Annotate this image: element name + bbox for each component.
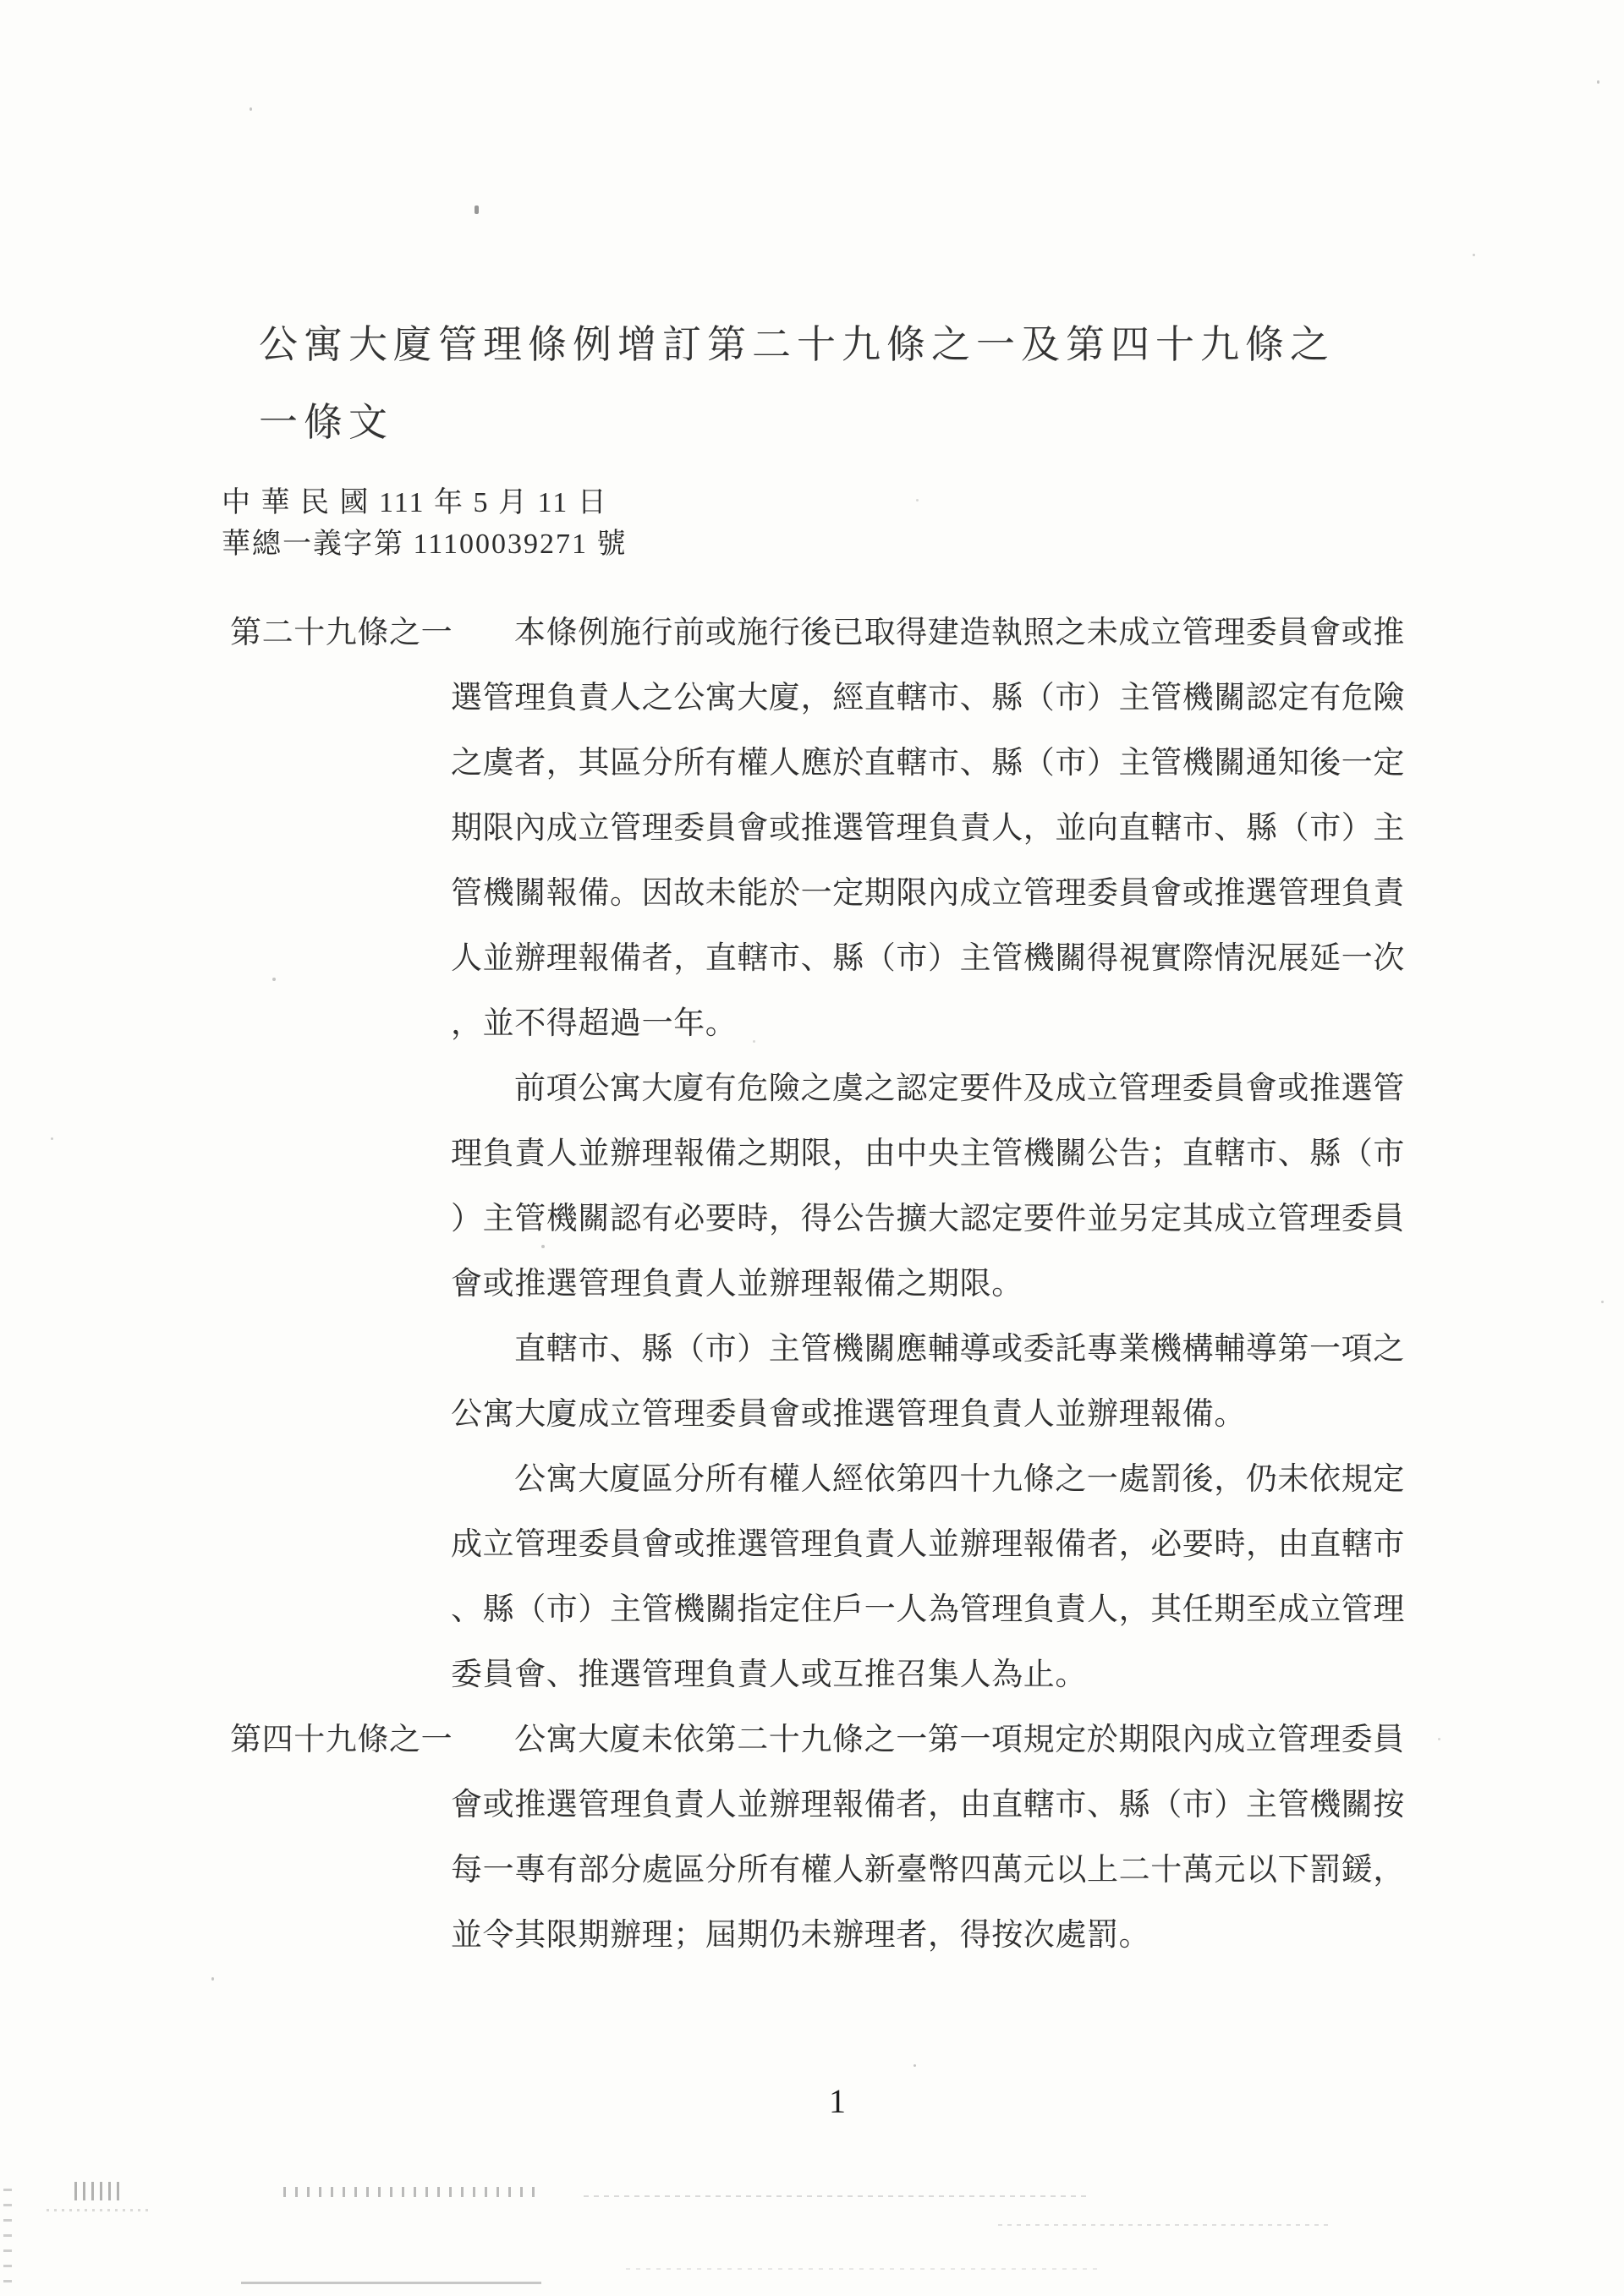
article-29-1-line: 會或推選管理負責人並辦理報備之期限。	[451, 1252, 1601, 1317]
scan-artifact	[3, 2189, 12, 2290]
article-29-1-line: 人並辦理報備者，直轄市、縣（市）主管機關得視實際情況展延一次	[451, 926, 1601, 991]
scan-speck	[541, 1245, 545, 1248]
scan-artifact	[626, 2268, 1100, 2270]
article-29-1-body: 本條例施行前或施行後已取得建造執照之未成立管理委員會或推 選管理負責人之公寓大廈…	[451, 600, 1601, 1707]
article-49-1-line: 每一專有部分處區分所有權人新臺幣四萬元以上二十萬元以下罰鍰，	[451, 1838, 1601, 1903]
article-29-1-line: 前項公寓大廈有危險之虞之認定要件及成立管理委員會或推選管	[451, 1056, 1601, 1121]
article-49-1-line: 並令其限期辦理；屆期仍未辦理者，得按次處罰。	[451, 1903, 1601, 1968]
promulgation-date: 中 華 民 國 111 年 5 月 11 日	[222, 482, 627, 523]
scan-speck	[272, 978, 276, 981]
title-line-2: 一條文	[259, 384, 1335, 462]
scan-speck	[916, 499, 919, 501]
article-29-1-line: 管機關報備。因故未能於一定期限內成立管理委員會或推選管理負責	[451, 861, 1601, 926]
article-29-1-line: ）主管機關認有必要時，得公告擴大認定要件並另定其成立管理委員	[451, 1186, 1601, 1252]
scan-speck	[1601, 1301, 1604, 1303]
article-29-1-line: 期限內成立管理委員會或推選管理負責人，並向直轄市、縣（市）主	[451, 796, 1601, 861]
scan-speck	[1279, 1614, 1281, 1616]
article-29-1-line: 理負責人並辦理報備之期限，由中央主管機關公告；直轄市、縣（市	[451, 1121, 1601, 1186]
article-29-1-line: 公寓大廈成立管理委員會或推選管理負責人並辦理報備。	[451, 1382, 1601, 1447]
scan-speck	[1597, 80, 1599, 84]
scan-artifact	[283, 2187, 537, 2197]
scan-artifact	[47, 2209, 148, 2211]
scan-artifact	[241, 2282, 541, 2284]
page-number: 1	[812, 2076, 863, 2127]
scan-speck	[364, 641, 366, 644]
scan-speck	[753, 1040, 755, 1043]
article-49-1-body: 公寓大廈未依第二十九條之一第一項規定於期限內成立管理委員 會或推選管理負責人並辦…	[451, 1707, 1601, 1968]
article-49-1-label: 第四十九條之一	[230, 1707, 453, 1773]
scan-speck	[913, 2064, 916, 2067]
article-49-1-line: 公寓大廈未依第二十九條之一第一項規定於期限內成立管理委員	[451, 1707, 1601, 1773]
article-29-1-line: 之虞者，其區分所有權人應於直轄市、縣（市）主管機關通知後一定	[451, 731, 1601, 796]
article-29-1-line: 、縣（市）主管機關指定住戶一人為管理負責人，其任期至成立管理	[451, 1577, 1601, 1642]
scan-speck	[475, 205, 479, 214]
article-29-1-line: 本條例施行前或施行後已取得建造執照之未成立管理委員會或推	[451, 600, 1601, 666]
scan-speck	[1438, 1738, 1440, 1740]
document-number: 華總一義字第 11100039271 號	[222, 523, 627, 565]
scan-speck	[211, 1977, 214, 1981]
article-29-1-line: 公寓大廈區分所有權人經依第四十九條之一處罰後，仍未依規定	[451, 1447, 1601, 1512]
scan-speck	[51, 1137, 53, 1140]
document-page: 公寓大廈管理條例增訂第二十九條之一及第四十九條之 一條文 中 華 民 國 111…	[0, 0, 1624, 2296]
document-title: 公寓大廈管理條例增訂第二十九條之一及第四十九條之 一條文	[259, 306, 1335, 462]
article-29-1-label: 第二十九條之一	[230, 600, 453, 666]
document-meta: 中 華 民 國 111 年 5 月 11 日 華總一義字第 1110003927…	[222, 482, 627, 565]
article-29-1-line: 成立管理委員會或推選管理負責人並辦理報備者，必要時，由直轄市	[451, 1512, 1601, 1577]
article-29-1-line: 委員會、推選管理負責人或互推召集人為止。	[451, 1642, 1601, 1707]
article-29-1-line: 直轄市、縣（市）主管機關應輔導或委託專業機構輔導第一項之	[451, 1317, 1601, 1382]
scan-artifact	[998, 2224, 1328, 2226]
scan-speck	[1473, 254, 1475, 256]
scan-speck	[250, 107, 252, 111]
article-29-1-line: 選管理負責人之公寓大廈，經直轄市、縣（市）主管機關認定有危險	[451, 666, 1601, 731]
scan-artifact	[584, 2195, 1091, 2197]
article-49-1-line: 會或推選管理負責人並辦理報備者，由直轄市、縣（市）主管機關按	[451, 1773, 1601, 1838]
scan-artifact	[74, 2182, 125, 2200]
article-29-1-line: ，並不得超過一年。	[451, 991, 1601, 1056]
title-line-1: 公寓大廈管理條例增訂第二十九條之一及第四十九條之	[259, 306, 1335, 384]
